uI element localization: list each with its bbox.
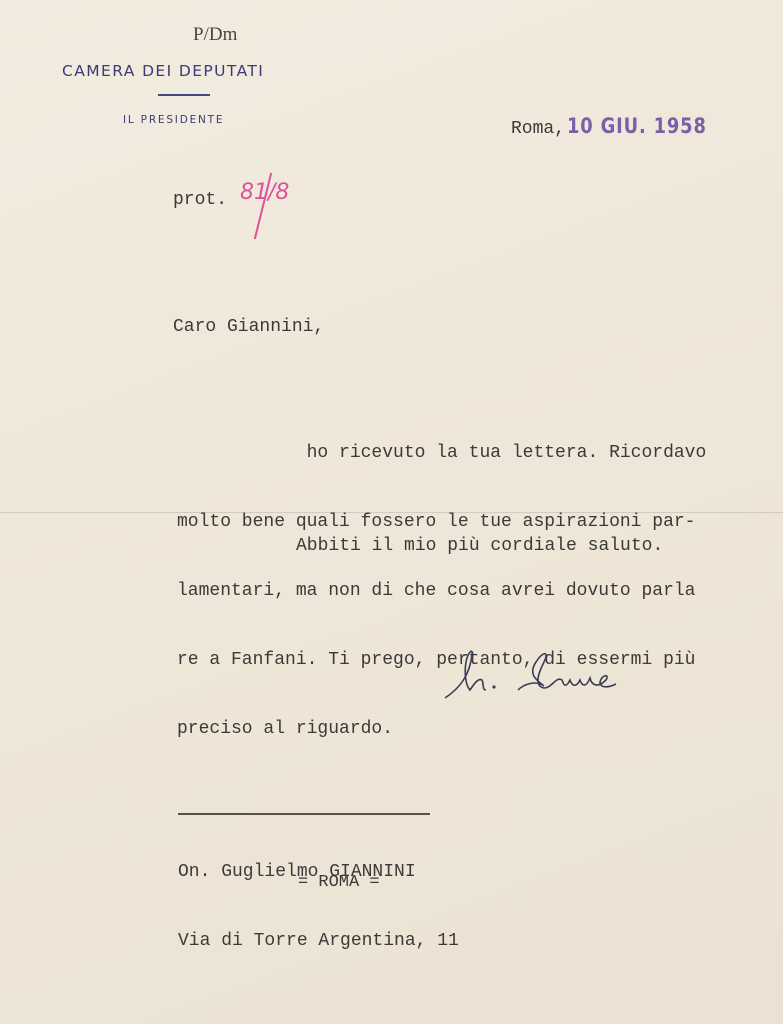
recipient-city: = ROMA = (298, 873, 380, 892)
body-line: lamentari, ma non di che cosa avrei dovu… (177, 580, 706, 603)
recipient-address: On. Guglielmo GIANNINI Via di Torre Arge… (178, 815, 459, 999)
recipient-street: Via di Torre Argentina, 11 (178, 930, 459, 953)
date-stamp: 10 GIU. 1958 (567, 114, 707, 138)
body-line: preciso al riguardo. (177, 718, 706, 741)
closing-line: Abbiti il mio più cordiale saluto. (296, 535, 663, 558)
protocol-label: prot. (173, 190, 227, 210)
body-line: molto bene quali fossero le tue aspirazi… (177, 511, 706, 534)
signature-icon (440, 640, 630, 710)
body-line: ho ricevuto la tua lettera. Ricordavo (177, 442, 706, 465)
letterhead-institution: CAMERA DEI DEPUTATI (62, 62, 264, 80)
handwritten-signature (440, 640, 630, 715)
salutation: Caro Giannini, (173, 316, 324, 339)
letterhead-divider (158, 94, 210, 96)
place-label: Roma, (511, 119, 565, 139)
reference-code: P/Dm (193, 24, 237, 46)
letter-page: P/Dm CAMERA DEI DEPUTATI IL PRESIDENTE R… (0, 0, 783, 1024)
letter-body: ho ricevuto la tua lettera. Ricordavo mo… (177, 396, 706, 787)
letterhead-office: IL PRESIDENTE (123, 114, 224, 126)
